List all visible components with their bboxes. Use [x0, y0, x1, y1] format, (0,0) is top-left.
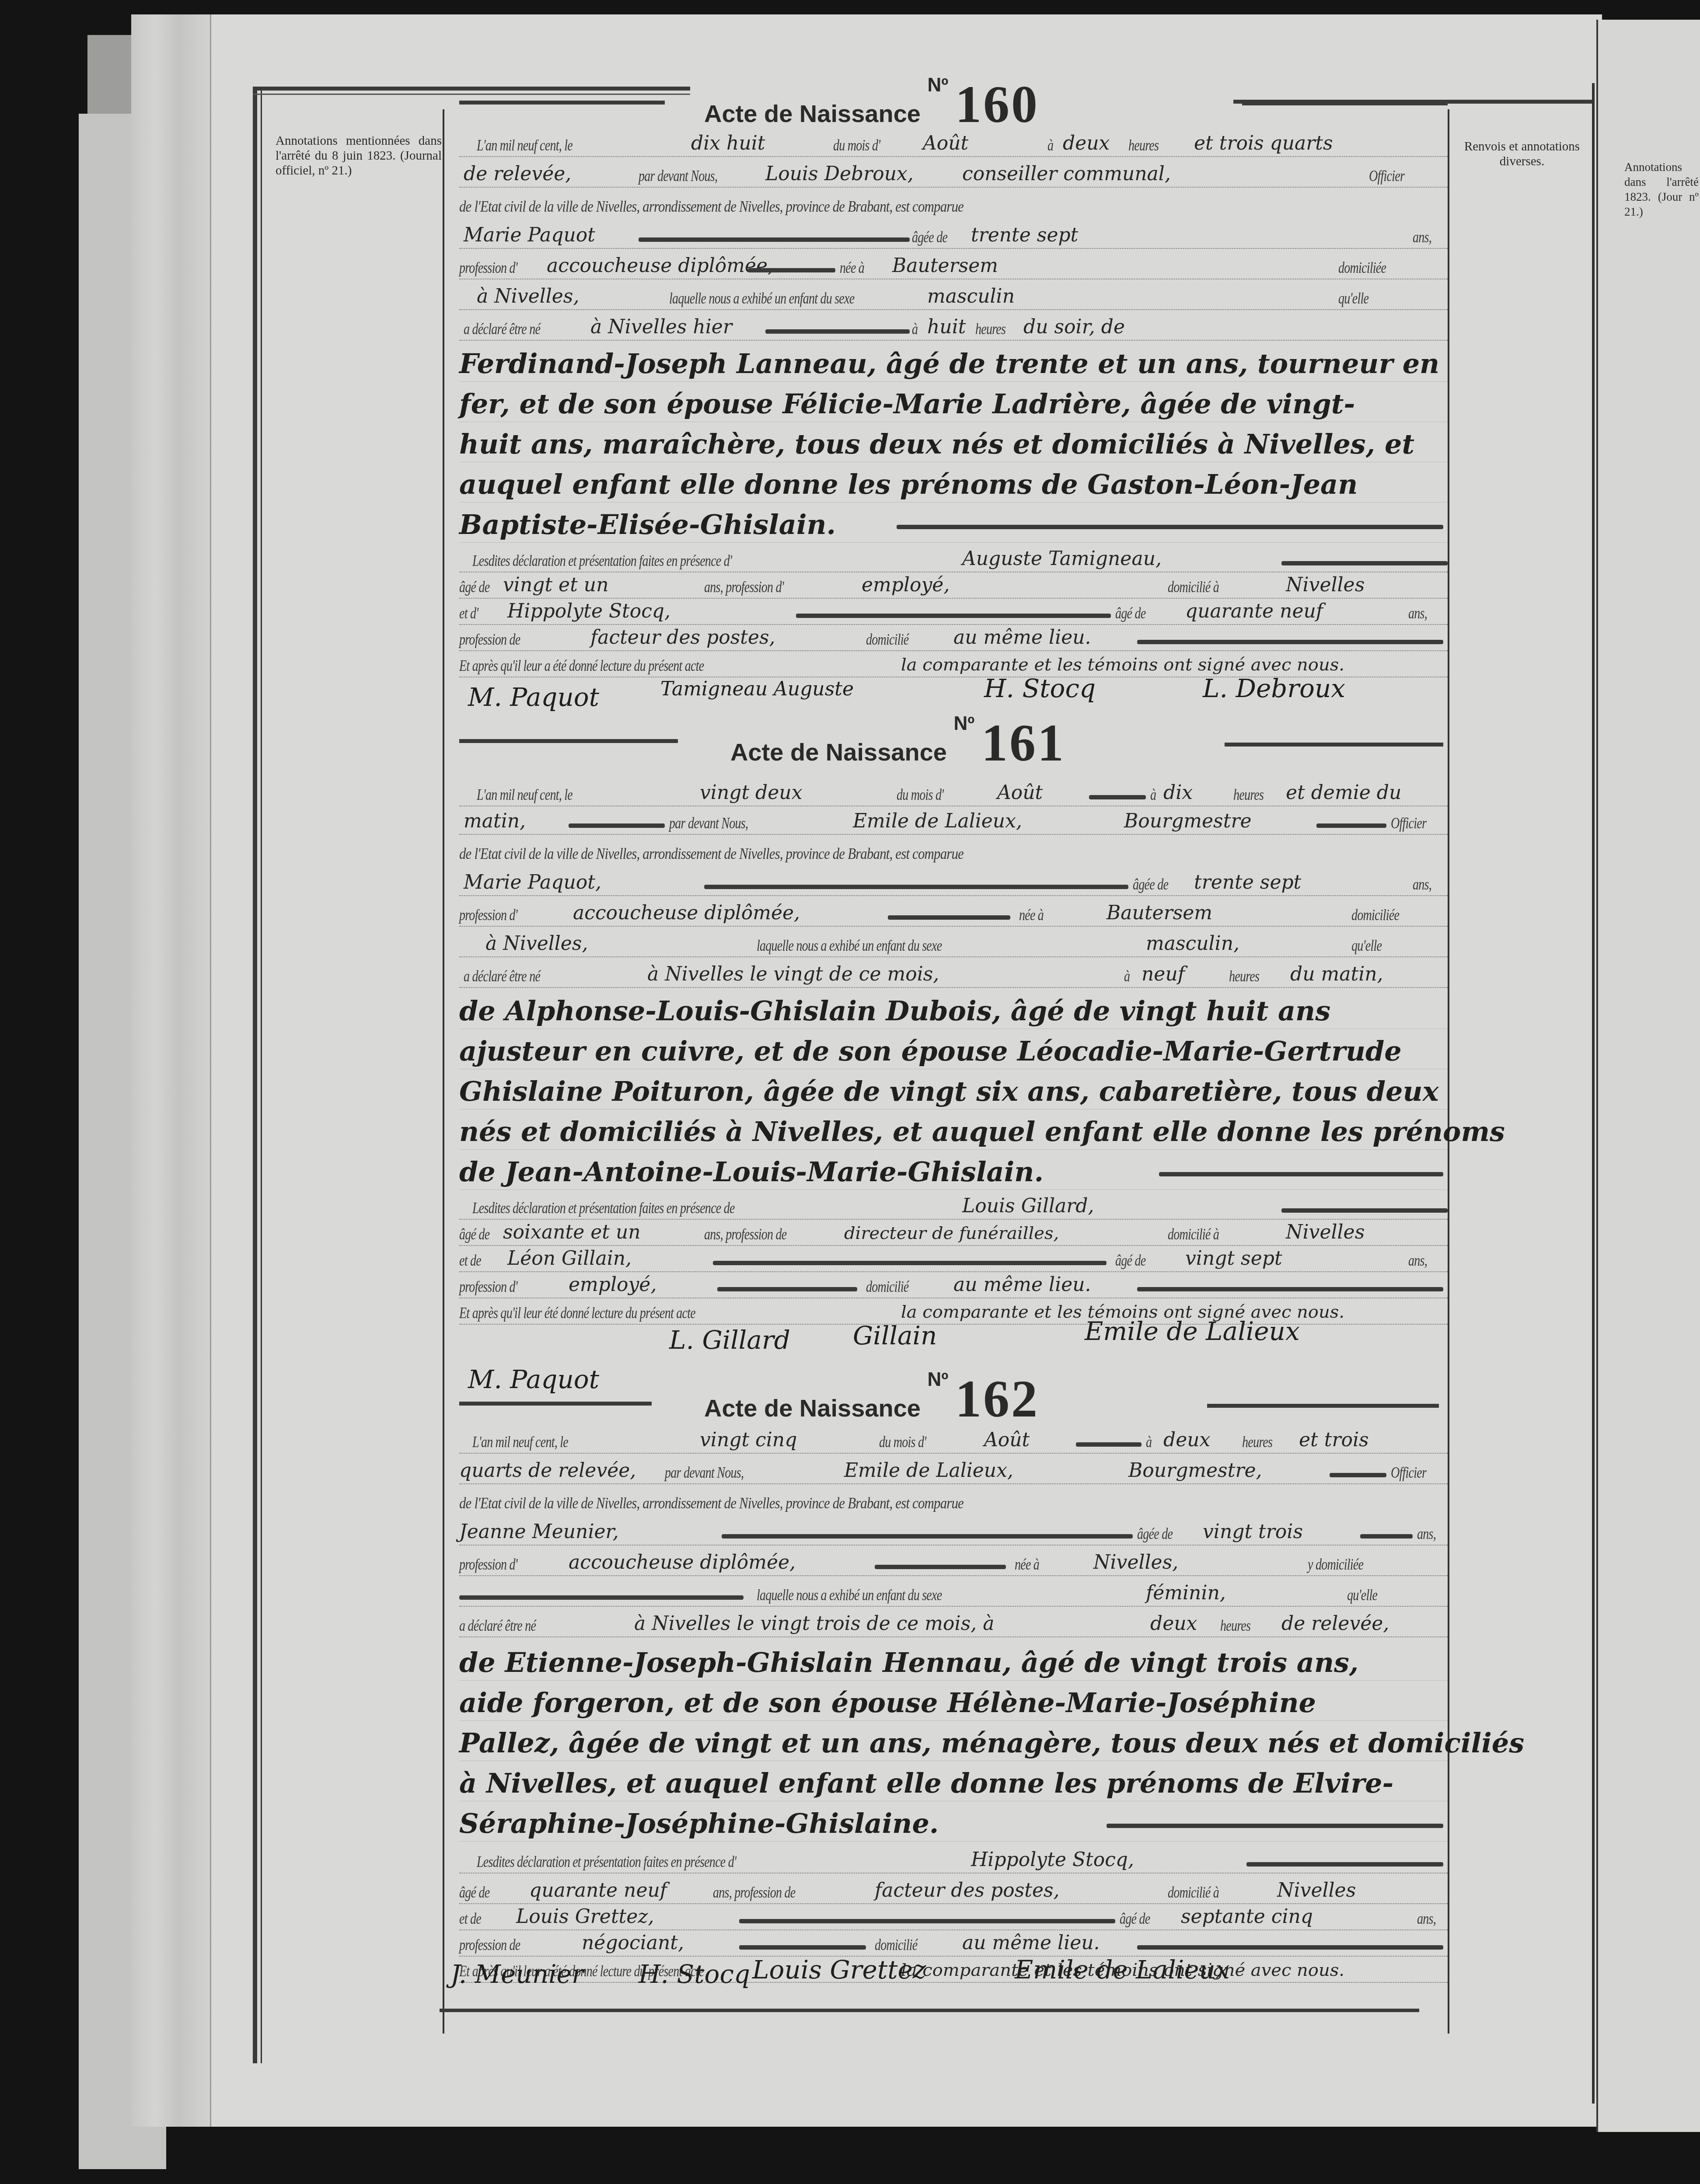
- handwritten-day: dix huit: [691, 132, 765, 154]
- handwritten-birth-hour: neuf: [1141, 963, 1185, 985]
- printed-text: ans,: [1417, 1909, 1436, 1928]
- body-line: nés et domiciliés à Nivelles, et auquel …: [459, 1109, 1448, 1150]
- handwritten-birth-period: du soir, de: [1023, 316, 1125, 338]
- handwritten-witness-residence: au même lieu.: [953, 626, 1091, 649]
- handwritten-witness-profession: facteur des postes,: [875, 1879, 1060, 1901]
- printed-text: âgé de: [1115, 1251, 1145, 1270]
- acte-title-text: Acte de Naissance: [730, 738, 947, 766]
- acte-number: 161: [981, 714, 1065, 772]
- title-rule-left: [459, 1402, 652, 1406]
- printed-text: L'an mil neuf cent, le: [472, 1433, 568, 1451]
- printed-text: née à: [840, 258, 864, 277]
- printed-text: domicilié à: [1168, 578, 1219, 596]
- printed-text: ans, profession de: [713, 1883, 796, 1901]
- handwritten-witness-name: Auguste Tamigneau,: [962, 548, 1162, 570]
- printed-text: par devant Nous,: [665, 1463, 744, 1482]
- signature: Tamigneau Auguste: [660, 678, 854, 700]
- handwritten-body: aide forgeron, et de son épouse Hélène-M…: [459, 1687, 1316, 1719]
- handwritten-hour-extra: et trois quarts: [1194, 132, 1333, 154]
- printed-text: par devant Nous,: [669, 814, 748, 832]
- handwritten-declarant: Marie Paquot,: [464, 871, 601, 893]
- printed-text: âgé de: [1120, 1909, 1150, 1928]
- printed-text: qu'elle: [1338, 289, 1368, 307]
- handwritten-month: Août: [997, 781, 1043, 804]
- handwritten-body: de Alphonse-Louis-Ghislain Dubois, âgé d…: [459, 995, 1330, 1027]
- handwritten-day: vingt cinq: [700, 1429, 797, 1451]
- handwritten-witness-name: Louis Gillard,: [962, 1195, 1094, 1217]
- handwritten-sex: féminin,: [1146, 1582, 1226, 1604]
- handwritten-body: nés et domiciliés à Nivelles, et auquel …: [459, 1116, 1505, 1148]
- line-witness-2: et d' Hippolyte Stocq, âgé de quarante n…: [459, 597, 1448, 625]
- handwritten-age: trente sept: [971, 224, 1078, 246]
- printed-text: Lesdites déclaration et présentation fai…: [477, 1853, 736, 1871]
- printed-text: née à: [1015, 1555, 1039, 1573]
- handwritten-witness-residence: Nivelles: [1286, 574, 1365, 596]
- acte-160: Acte de Naissance Nº 160 L'an mil neuf c…: [459, 52, 1448, 700]
- handwritten-witness-age: quarante neuf: [529, 1879, 667, 1901]
- handwritten-witness-age: vingt sept: [1185, 1247, 1282, 1270]
- body-line: de Jean-Antoine-Louis-Marie-Ghislain.: [459, 1149, 1448, 1190]
- printed-text: heures: [1220, 1616, 1250, 1635]
- body-line: aide forgeron, et de son épouse Hélène-M…: [459, 1680, 1448, 1721]
- handwritten-birthplace: Nivelles,: [1093, 1551, 1178, 1573]
- printed-text: de l'Etat civil de la ville de Nivelles,…: [459, 197, 963, 216]
- printed-text: à: [1146, 1433, 1152, 1451]
- line-declarant: Jeanne Meunier, âgée de vingt trois ans,: [459, 1518, 1448, 1546]
- printed-text: à: [1150, 785, 1156, 804]
- printed-text: y domiciliée: [1308, 1555, 1363, 1573]
- handwritten-body: de Jean-Antoine-Louis-Marie-Ghislain.: [459, 1156, 1044, 1188]
- line-residence: à Nivelles, laquelle nous a exhibé un en…: [459, 282, 1448, 310]
- printed-text: et d': [459, 604, 478, 622]
- acte-title: Acte de Naissance Nº 160: [704, 74, 1039, 135]
- margin-annotations-note: Annotations mentionnées dans l'arrêté du…: [276, 133, 442, 178]
- handwritten-body: Séraphine-Joséphine-Ghislaine.: [459, 1807, 939, 1839]
- handwritten-birthplace: Bautersem: [892, 255, 998, 277]
- printed-text: ans,: [1408, 604, 1427, 622]
- printed-text: et de: [459, 1909, 481, 1928]
- printed-text: du mois d': [833, 136, 880, 154]
- signature: L. Gillard: [669, 1325, 790, 1355]
- line-witness-1-details: âgé de quarante neuf ans, profession de …: [459, 1876, 1448, 1904]
- printed-text: et de: [459, 1251, 481, 1270]
- printed-text: L'an mil neuf cent, le: [477, 136, 572, 154]
- signature: Louis Grettez: [752, 1955, 926, 1985]
- handwritten-witness-name: Hippolyte Stocq,: [971, 1849, 1134, 1871]
- handwritten-witness-name: Louis Grettez,: [516, 1905, 654, 1928]
- printed-text: Lesdites déclaration et présentation fai…: [472, 551, 732, 570]
- printed-text: heures: [1229, 967, 1259, 985]
- body-line: de Alphonse-Louis-Ghislain Dubois, âgé d…: [459, 988, 1448, 1029]
- printed-text: âgé de: [1115, 604, 1145, 622]
- signatures-162: J. Meunier H. Stocq Louis Grettez Emile …: [446, 1950, 1435, 2012]
- printed-text: a déclaré être né: [459, 1616, 536, 1635]
- handwritten-officer: Louis Debroux,: [765, 163, 914, 185]
- printed-text: ans, profession d': [704, 578, 784, 596]
- printed-text: domicilié: [866, 1277, 908, 1296]
- printed-text: heures: [1242, 1433, 1272, 1451]
- handwritten-body: à Nivelles, et auquel enfant elle donne …: [459, 1767, 1393, 1799]
- printed-text: heures: [1233, 785, 1264, 804]
- handwritten-body: Ghislaine Poituron, âgée de vingt six an…: [459, 1075, 1439, 1107]
- handwritten-body: Pallez, âgée de vingt et un ans, ménagèr…: [459, 1727, 1524, 1759]
- facing-page-margin-note: Annotations dans l'arrêté 1823. (Jour nº…: [1624, 160, 1699, 219]
- handwritten-profession: accoucheuse diplômée,: [573, 902, 800, 924]
- line-witness-2-details: profession d' employé, domicilié au même…: [459, 1270, 1448, 1298]
- handwritten-witness-profession: directeur de funérailles,: [844, 1223, 1059, 1243]
- line-officer: de relevée, par devant Nous, Louis Debro…: [459, 160, 1448, 188]
- printed-text: profession d': [459, 258, 517, 277]
- printed-text: domicilié à: [1168, 1225, 1219, 1243]
- handwritten-witness-profession: facteur des postes,: [590, 626, 775, 649]
- signature: Emile de Lalieux: [1015, 1955, 1230, 1985]
- line-residence: laquelle nous a exhibé un enfant du sexe…: [459, 1579, 1448, 1607]
- number-label: Nº: [953, 713, 974, 734]
- printed-text: âgée de: [912, 228, 947, 246]
- handwritten-witness-age: quarante neuf: [1185, 600, 1323, 622]
- handwritten-sex: masculin,: [1146, 932, 1239, 955]
- handwritten-time-of-day: matin,: [464, 810, 526, 832]
- facing-page-edge: Annotations dans l'arrêté 1823. (Jour nº…: [1596, 20, 1700, 2132]
- handwritten-time-of-day: quarts de relevée,: [459, 1459, 636, 1482]
- line-date: L'an mil neuf cent, le dix huit du mois …: [459, 129, 1448, 157]
- printed-text: à: [912, 320, 918, 338]
- title-rule-left: [459, 101, 665, 105]
- handwritten-witness-residence: au même lieu.: [953, 1273, 1091, 1296]
- signature: J. Meunier: [450, 1959, 584, 1989]
- printed-text: ans,: [1413, 228, 1431, 246]
- printed-text: profession d': [459, 906, 517, 924]
- line-witness-1: Lesdites déclaration et présentation fai…: [459, 1192, 1448, 1220]
- printed-text: ans,: [1417, 1525, 1436, 1543]
- handwritten-witness-profession: employé,: [862, 574, 949, 596]
- printed-text: âgée de: [1133, 875, 1168, 893]
- handwritten-witness-profession: employé,: [569, 1273, 656, 1296]
- body-line: auquel enfant elle donne les prénoms de …: [459, 462, 1448, 502]
- body-line: Pallez, âgée de vingt et un ans, ménagèr…: [459, 1720, 1448, 1761]
- title-rule-left: [459, 739, 678, 743]
- printed-text: laquelle nous a exhibé un enfant du sexe: [669, 289, 854, 307]
- body-line: Ferdinand-Joseph Lanneau, âgé de trente …: [459, 341, 1448, 382]
- printed-text: âgé de: [459, 1225, 489, 1243]
- handwritten-witness-age: vingt et un: [503, 574, 608, 596]
- printed-text: profession de: [459, 630, 520, 649]
- handwritten-birth-period: du matin,: [1290, 963, 1383, 985]
- printed-text: Officier: [1369, 167, 1404, 185]
- printed-text: Lesdites déclaration et présentation fai…: [472, 1199, 735, 1217]
- signature: L. Debroux: [1203, 673, 1345, 703]
- printed-text: a déclaré être né: [464, 967, 540, 985]
- printed-text: du mois d': [897, 785, 943, 804]
- body-line: Ghislaine Poituron, âgée de vingt six an…: [459, 1069, 1448, 1109]
- title-rule-right: [1242, 101, 1448, 105]
- frame-left-outer: [253, 87, 257, 2063]
- printed-text: de l'Etat civil de la ville de Nivelles,…: [459, 1494, 963, 1512]
- line-profession: profession d' accoucheuse diplômée, née …: [459, 251, 1448, 279]
- signature: Emile de Lalieux: [1085, 1316, 1300, 1346]
- printed-text: qu'elle: [1347, 1586, 1377, 1604]
- frame-left-inner: [261, 87, 262, 2063]
- line-witness-2: et de Léon Gillain, âgé de vingt sept an…: [459, 1244, 1448, 1272]
- line-witness-2-details: profession de facteur des postes, domici…: [459, 623, 1448, 651]
- printed-text: domicilié: [866, 630, 908, 649]
- handwritten-officer: Emile de Lalieux,: [853, 810, 1022, 832]
- handwritten-declarant: Jeanne Meunier,: [459, 1521, 619, 1543]
- handwritten-hour: deux: [1063, 132, 1110, 154]
- margin-renvois-note: Renvois et annotations diverses.: [1456, 139, 1588, 169]
- signature: Gillain: [853, 1321, 937, 1350]
- acte-number: 160: [955, 75, 1039, 133]
- body-line: fer, et de son épouse Félicie-Marie Ladr…: [459, 381, 1448, 422]
- line-etat-civil: de l'Etat civil de la ville de Nivelles,…: [459, 190, 1448, 217]
- line-witness-1: Lesdites déclaration et présentation fai…: [459, 544, 1448, 572]
- handwritten-witness-name: Léon Gillain,: [507, 1247, 632, 1270]
- body-line: de Etienne-Joseph-Ghislain Hennau, âgé d…: [459, 1640, 1448, 1681]
- handwritten-time-of-day: de relevée,: [464, 163, 571, 185]
- handwritten-sex: masculin: [927, 285, 1015, 307]
- printed-text: à: [1047, 136, 1053, 154]
- handwritten-birth-period: de relevée,: [1281, 1612, 1389, 1635]
- printed-text: par devant Nous,: [639, 167, 717, 185]
- line-etat-civil: de l'Etat civil de la ville de Nivelles,…: [459, 837, 1448, 865]
- handwritten-birth-hour: huit: [927, 316, 966, 338]
- handwritten-month: Août: [923, 132, 968, 154]
- printed-text: Officier: [1391, 814, 1426, 832]
- handwritten-profession: accoucheuse diplômée,: [569, 1551, 796, 1573]
- title-rule-right: [1207, 1404, 1439, 1408]
- printed-text: L'an mil neuf cent, le: [477, 785, 572, 804]
- printed-text: laquelle nous a exhibé un enfant du sexe: [757, 936, 942, 955]
- handwritten-birth-place-date: à Nivelles le vingt trois de ce mois, à: [634, 1612, 994, 1635]
- printed-text: laquelle nous a exhibé un enfant du sexe: [757, 1586, 942, 1604]
- line-birth: a déclaré être né à Nivelles le vingt tr…: [459, 1609, 1448, 1637]
- handwritten-body: Baptiste-Elisée-Ghislain.: [459, 509, 836, 541]
- number-label: Nº: [927, 1369, 948, 1390]
- printed-text: profession d': [459, 1555, 517, 1573]
- body-line: Séraphine-Joséphine-Ghislaine.: [459, 1801, 1448, 1842]
- printed-text: Officier: [1391, 1463, 1426, 1482]
- line-date: L'an mil neuf cent, le vingt cinq du moi…: [459, 1426, 1448, 1454]
- handwritten-birth-place-date: à Nivelles hier: [590, 316, 732, 338]
- printed-text: domiciliée: [1351, 906, 1399, 924]
- acte-title: Acte de Naissance Nº 162: [704, 1369, 1039, 1429]
- handwritten-body: ajusteur en cuivre, et de son épouse Léo…: [459, 1035, 1402, 1067]
- handwritten-witness-name: Hippolyte Stocq,: [507, 600, 670, 622]
- printed-text: du mois d': [879, 1433, 926, 1451]
- handwritten-hour: dix: [1163, 781, 1193, 804]
- printed-text: domiciliée: [1338, 258, 1386, 277]
- handwritten-age: trente sept: [1194, 871, 1301, 893]
- line-birth: a déclaré être né à Nivelles hier à huit…: [459, 313, 1448, 341]
- handwritten-profession: accoucheuse diplômée,: [547, 255, 774, 277]
- body-line: ajusteur en cuivre, et de son épouse Léo…: [459, 1029, 1448, 1069]
- printed-text: domicilié à: [1168, 1883, 1219, 1901]
- column-left-divider: [443, 109, 444, 2034]
- line-birth: a déclaré être né à Nivelles le vingt de…: [459, 960, 1448, 988]
- acte-title-text: Acte de Naissance: [704, 100, 921, 127]
- handwritten-hour-extra: et trois: [1299, 1429, 1369, 1451]
- handwritten-witness-residence: Nivelles: [1286, 1221, 1365, 1243]
- acte-161: Acte de Naissance Nº 161 L'an mil neuf c…: [459, 700, 1448, 1312]
- line-etat-civil: de l'Etat civil de la ville de Nivelles,…: [459, 1487, 1448, 1514]
- handwritten-month: Août: [984, 1429, 1030, 1451]
- printed-text: ans, profession de: [704, 1225, 787, 1243]
- body-line: Baptiste-Elisée-Ghislain.: [459, 502, 1448, 543]
- handwritten-body: auquel enfant elle donne les prénoms de …: [459, 468, 1358, 500]
- handwritten-body: Ferdinand-Joseph Lanneau, âgé de trente …: [459, 348, 1439, 380]
- printed-text: Et après qu'il leur a été donné lecture …: [459, 656, 704, 675]
- acte-title: Acte de Naissance Nº 161: [730, 713, 1065, 773]
- line-witness-1: Lesdites déclaration et présentation fai…: [459, 1846, 1448, 1873]
- frame-right-outer: [1592, 83, 1595, 2104]
- handwritten-birth-hour: deux: [1150, 1612, 1197, 1635]
- body-line: à Nivelles, et auquel enfant elle donne …: [459, 1761, 1448, 1801]
- printed-text: âgé de: [459, 578, 489, 596]
- printed-text: heures: [975, 320, 1005, 338]
- line-residence: à Nivelles, laquelle nous a exhibé un en…: [459, 929, 1448, 957]
- handwritten-hour: deux: [1163, 1429, 1210, 1451]
- printed-text: de l'Etat civil de la ville de Nivelles,…: [459, 844, 963, 863]
- handwritten-age: vingt trois: [1203, 1521, 1303, 1543]
- number-label: Nº: [927, 74, 948, 96]
- acte-162: Acte de Naissance Nº 162 L'an mil neuf c…: [459, 1360, 1448, 2016]
- line-date: L'an mil neuf cent, le vingt deux du moi…: [459, 778, 1448, 806]
- handwritten-declarant: Marie Paquot: [464, 224, 595, 246]
- line-officer: matin, par devant Nous, Emile de Lalieux…: [459, 807, 1448, 835]
- handwritten-officer-title: Bourgmestre: [1124, 810, 1251, 832]
- handwritten-day: vingt deux: [700, 781, 802, 804]
- line-declarant: Marie Paquot, âgée de trente sept ans,: [459, 868, 1448, 896]
- line-witness-2: et de Louis Grettez, âgé de septante cin…: [459, 1902, 1448, 1930]
- handwritten-officer: Emile de Lalieux,: [844, 1459, 1013, 1482]
- handwritten-birth-place-date: à Nivelles le vingt de ce mois,: [647, 963, 939, 985]
- body-line: huit ans, maraîchère, tous deux nés et d…: [459, 422, 1448, 462]
- title-rule-right: [1225, 743, 1443, 747]
- handwritten-officer-title: Bourgmestre,: [1128, 1459, 1262, 1482]
- printed-text: ans,: [1413, 875, 1431, 893]
- handwritten-body: huit ans, maraîchère, tous deux nés et d…: [459, 428, 1414, 460]
- line-declarant: Marie Paquot âgée de trente sept ans,: [459, 221, 1448, 249]
- printed-text: âgée de: [1137, 1525, 1173, 1543]
- handwritten-residence: à Nivelles,: [485, 932, 588, 955]
- handwritten-hour-extra: et demie du: [1286, 781, 1401, 804]
- line-witness-1-details: âgé de vingt et un ans, profession d' em…: [459, 571, 1448, 599]
- line-profession: profession d' accoucheuse diplômée, née …: [459, 1548, 1448, 1576]
- handwritten-officer-title: conseiller communal,: [962, 163, 1171, 185]
- handwritten-residence: à Nivelles,: [477, 285, 579, 307]
- printed-text: profession d': [459, 1277, 517, 1296]
- handwritten-closing: la comparante et les témoins ont signé a…: [901, 655, 1344, 675]
- printed-text: née à: [1019, 906, 1044, 924]
- handwritten-witness-residence: Nivelles: [1277, 1879, 1356, 1901]
- signature: H. Stocq: [639, 1959, 750, 1989]
- printed-text: ans,: [1408, 1251, 1427, 1270]
- signature: H. Stocq: [984, 673, 1096, 703]
- printed-text: a déclaré être né: [464, 320, 540, 338]
- printed-text: heures: [1128, 136, 1159, 154]
- line-witness-1-details: âgé de soixante et un ans, profession de…: [459, 1218, 1448, 1246]
- printed-text: qu'elle: [1351, 936, 1382, 955]
- handwritten-body: de Etienne-Joseph-Ghislain Hennau, âgé d…: [459, 1647, 1358, 1678]
- line-officer: quarts de relevée, par devant Nous, Emil…: [459, 1456, 1448, 1484]
- handwritten-birthplace: Bautersem: [1107, 902, 1212, 924]
- acte-number: 162: [955, 1370, 1039, 1428]
- handwritten-body: fer, et de son épouse Félicie-Marie Ladr…: [459, 388, 1355, 420]
- line-profession: profession d' accoucheuse diplômée, née …: [459, 899, 1448, 927]
- handwritten-witness-age: septante cinq: [1181, 1905, 1313, 1928]
- page-edges: [131, 14, 210, 2127]
- printed-text: à: [1124, 967, 1130, 985]
- acte-title-text: Acte de Naissance: [704, 1394, 921, 1422]
- handwritten-witness-age: soixante et un: [503, 1221, 641, 1243]
- printed-text: âgé de: [459, 1883, 489, 1901]
